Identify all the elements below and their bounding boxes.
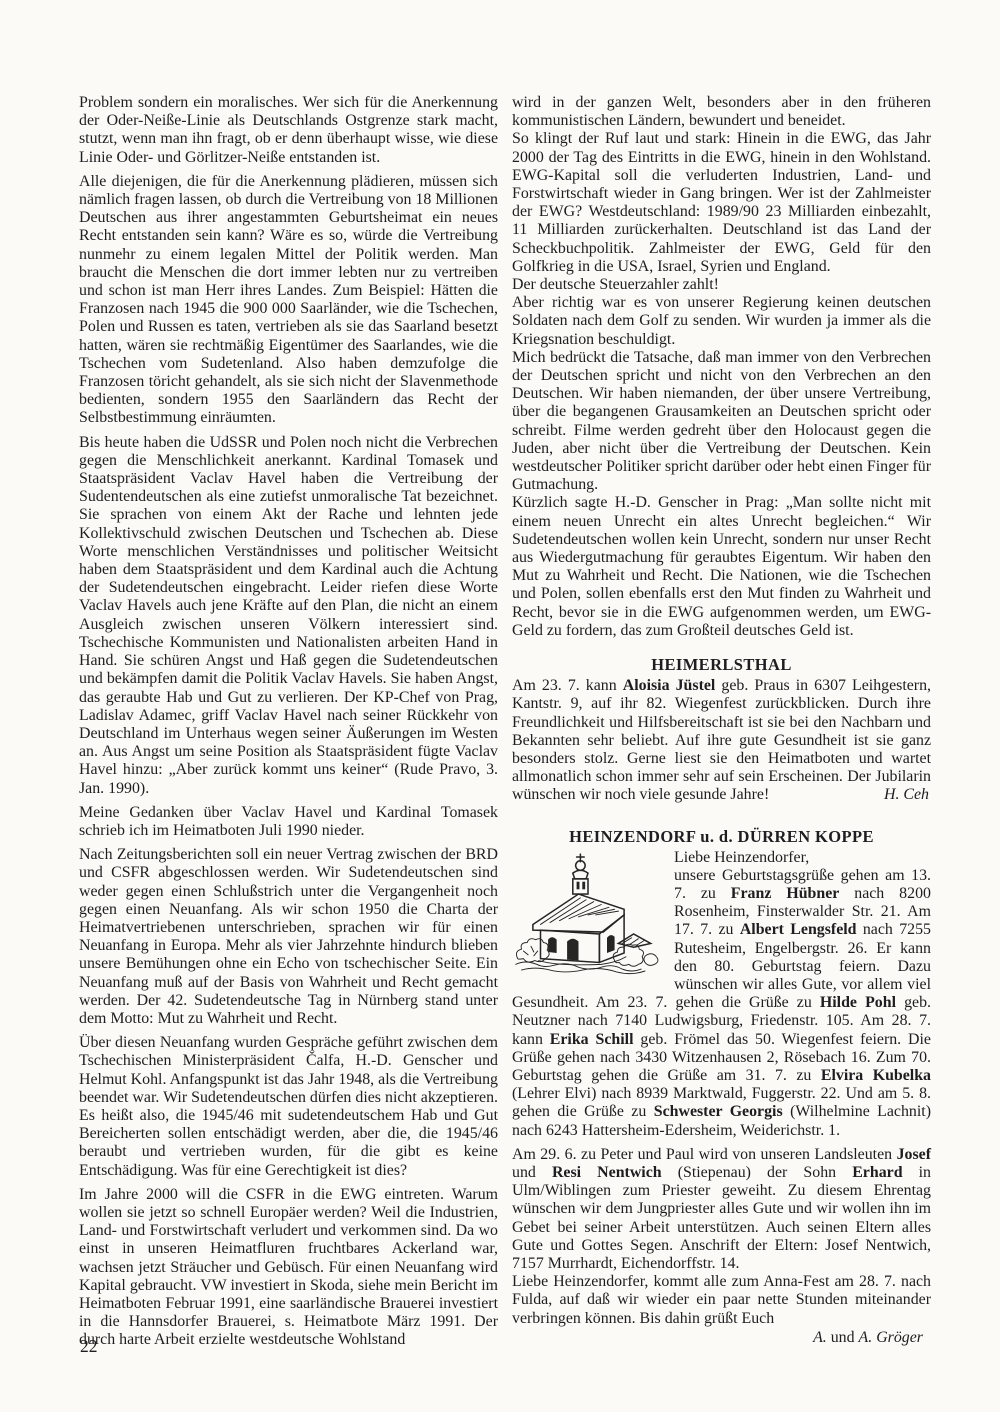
section-title-heinzendorf: HEINZENDORF u. d. DÜRREN KOPPE [512,827,931,847]
scanned-newspaper-page: Problem sondern ein moralisches. Wer sic… [0,0,1000,1412]
paragraph: Alle diejenigen, die für die Anerkennung… [79,173,498,428]
left-column: Problem sondern ein moralisches. Wer sic… [79,94,498,1356]
page-number: 22 [80,1336,98,1357]
section-text: Am 23. 7. kann Aloisia Jüstel geb. Praus… [512,677,931,803]
section-title-heimerlsthal: HEIMERLSTHAL [512,655,931,675]
paragraph: Nach Zeitungsberichten soll ein neuer Ve… [79,846,498,1028]
paragraph: So klingt der Ruf laut und stark: Hinein… [512,130,931,276]
two-column-layout: Problem sondern ein moralisches. Wer sic… [79,94,931,1356]
paragraph: Meine Gedanken über Vaclav Havel und Kar… [79,804,498,840]
author-signature: H. Ceh [876,786,929,804]
section-body-heimerlsthal: Am 23. 7. kann Aloisia Jüstel geb. Praus… [512,677,931,804]
church-illustration-image [512,852,664,976]
authors-signature: A. und A. Gröger [512,1329,931,1347]
paragraph: wird in der ganzen Welt, besonders aber … [512,94,931,130]
paragraph: Mich bedrückt die Tatsache, daß man imme… [512,349,931,495]
paragraph: Problem sondern ein moralisches. Wer sic… [79,94,498,167]
paragraph: Kürzlich sagte H.-D. Genscher in Prag: „… [512,494,931,640]
priest-ordination-paragraph: Am 29. 6. zu Peter und Paul wird von uns… [512,1146,931,1273]
anna-fest-paragraph: Liebe Heinzendorfer, kommt alle zum Anna… [512,1273,931,1328]
paragraph: Aber richtig war es von unserer Regierun… [512,294,931,349]
right-column: wird in der ganzen Welt, besonders aber … [512,94,931,1356]
paragraph: Im Jahre 2000 will die CSFR in die EWG e… [79,1186,498,1350]
paragraph: Der deutsche Steuerzahler zahlt! [512,276,931,294]
paragraph: Über diesen Neuanfang wurden Gespräche g… [79,1034,498,1180]
paragraph: Bis heute haben die UdSSR und Polen noch… [79,434,498,798]
